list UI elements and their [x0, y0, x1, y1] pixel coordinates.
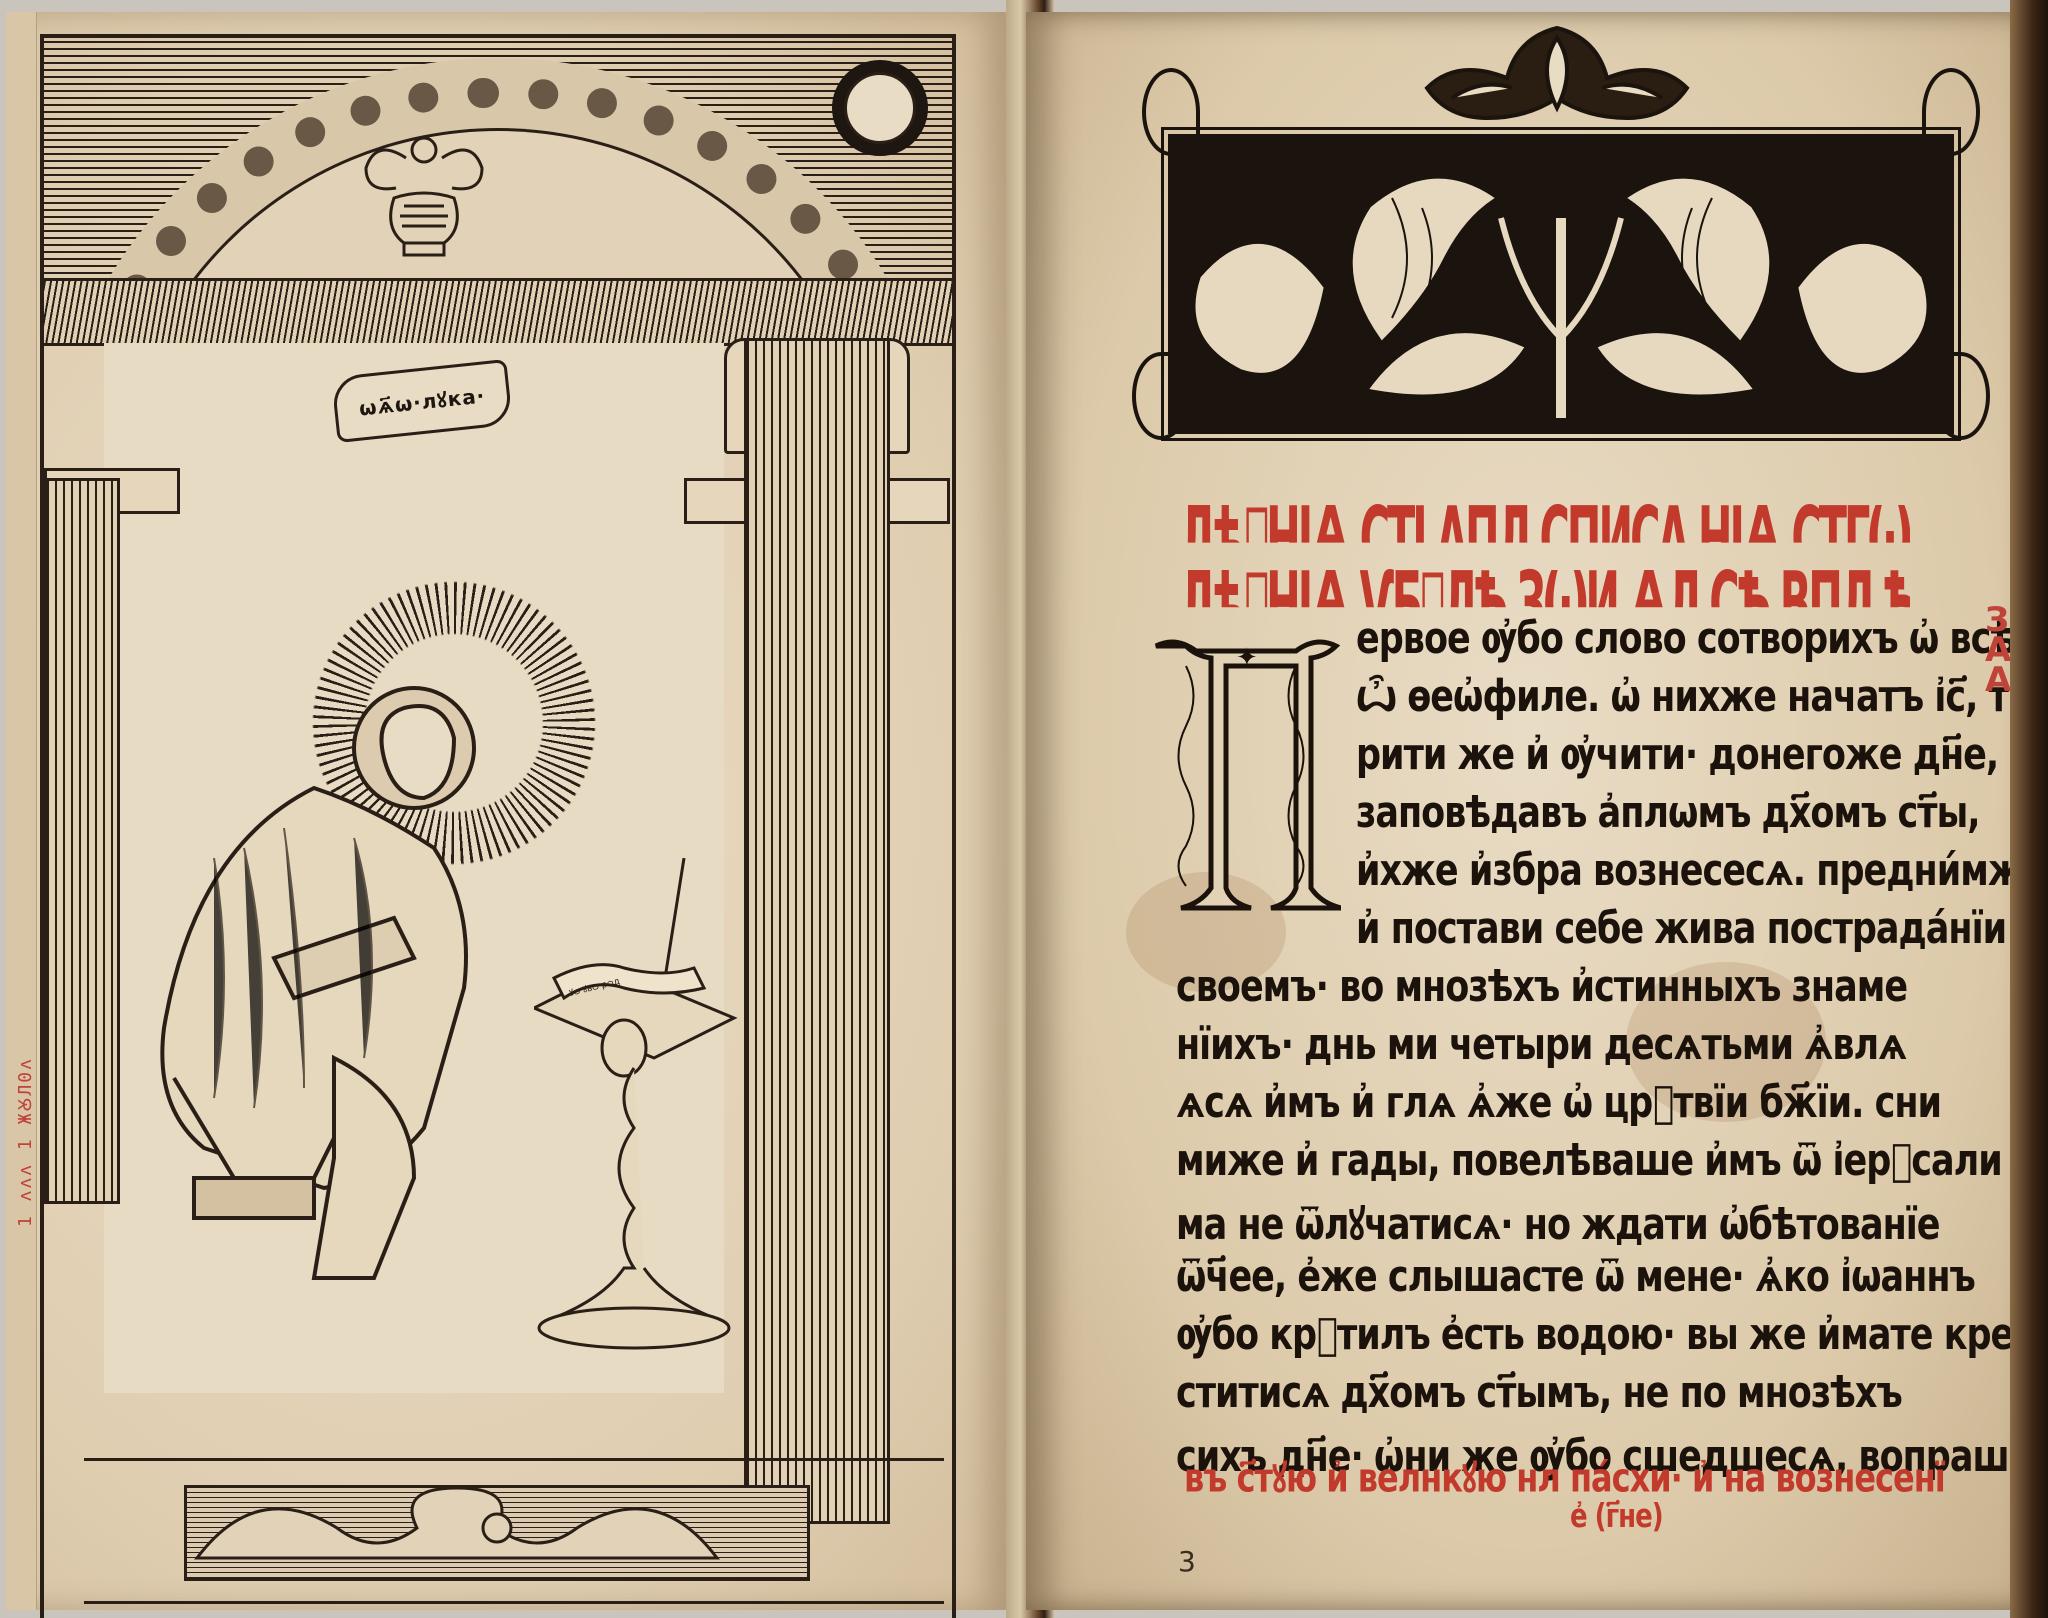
- writing-desk-with-scroll: ꙋѻ ꙋвѻ рѻд: [534, 858, 744, 1378]
- corner-scroll-icon: [1132, 352, 1190, 440]
- text-line: ма не ѿлꙋчатисѧ· но ждати ѡ҆бѣтованїе: [1176, 1194, 1940, 1253]
- folio-number: 3: [1178, 1545, 1196, 1578]
- text-line: ѿч҃ее, е҆же слышасте ѿ мене· ѧ҆ко і҆ѡанн…: [1176, 1252, 1975, 1302]
- text-line: и҆хже и҆збра вознесесѧ. предни́мже: [1356, 846, 2044, 896]
- evangelist-woodcut: ѡѧ҃ѡ·лꙋка·: [40, 34, 956, 1618]
- text-line: и҆ постави себе жива пострада́нїи: [1356, 904, 2006, 954]
- text-line: нїихъ· днь ми четыри десѧтьми ѧ҆влѧ: [1176, 1020, 1906, 1070]
- left-margin-red-note: 1 ᴧᴧᴧ 1 ЖꙊЛ0ᴧ: [14, 867, 34, 1227]
- plinth: [84, 1458, 944, 1604]
- left-column: [44, 478, 120, 1204]
- text-line: миже и҆ гады, повелѣваше и҆мъ ѿ і҆ерⷭсал…: [1176, 1136, 2002, 1186]
- seated-evangelist-figure: [154, 658, 554, 1308]
- corner-scroll-icon: [1932, 352, 1990, 440]
- dropcap-star-icon: ✦: [1236, 643, 1258, 673]
- text-line: рити же и҆ ѹ҆чити· донегоже дн҃е,: [1356, 730, 1998, 780]
- sun-disc-icon: [844, 72, 916, 144]
- arch: [44, 38, 952, 288]
- left-page-edge: [6, 12, 37, 1610]
- entablature-beam: [44, 278, 952, 346]
- text-line: заповѣдавъ а҆плѡмъ дх҃омъ ст҃ы,: [1356, 788, 1980, 838]
- flower-vase-icon: [344, 128, 504, 268]
- right-margin-red-note: З А А: [1985, 605, 2009, 695]
- ornamental-dropcap-p: ✦: [1146, 626, 1341, 914]
- text-line: ѽ ѳеѡ҆филе. ѡ҆ нихже начатъ і҆с҃, тво: [1356, 672, 2048, 722]
- acanthus-frieze: [184, 1485, 810, 1581]
- text-line: своемъ· во мнозѣхъ и҆стинныхъ знаме: [1176, 962, 1907, 1012]
- text-line: ервое ѹ҆бо слово сотворихъ ѡ҆ всѣхъ,: [1356, 614, 2048, 664]
- right-column: [744, 338, 890, 1524]
- corner-scroll-icon: [1922, 68, 1980, 156]
- text-line: ѧсѧ и҆мъ и҆ глѧ ѧ҆же ѡ҆ црⷭтвїи бж҃їи. с…: [1176, 1078, 1941, 1128]
- open-book-spread: 1 ᴧᴧᴧ 1 ЖꙊЛ0ᴧ: [0, 0, 2048, 1618]
- crest-ornament-icon: [1412, 18, 1702, 126]
- red-rubric-line: въ с҃тꙋю и҆ велнкꙋю нл па́схи· и҆ на воз…: [1184, 1450, 1945, 1504]
- text-line: ѹ҆бо крⷭтилъ е҆сть водою· вы же и҆мате к…: [1176, 1310, 2013, 1360]
- book-cover-edge: [2010, 0, 2048, 1618]
- ornamental-headpiece: [1112, 12, 2004, 442]
- red-rubric-continuation: е҆ (г҃не): [1570, 1498, 1663, 1536]
- text-line: ститисѧ дх҃омъ ст҃ымъ, не по мнозѣхъ: [1176, 1368, 1902, 1418]
- left-page: 1 ᴧᴧᴧ 1 ЖꙊЛ0ᴧ: [6, 12, 1006, 1610]
- foliate-headpiece-band: [1168, 134, 1954, 434]
- corner-scroll-icon: [1142, 68, 1200, 156]
